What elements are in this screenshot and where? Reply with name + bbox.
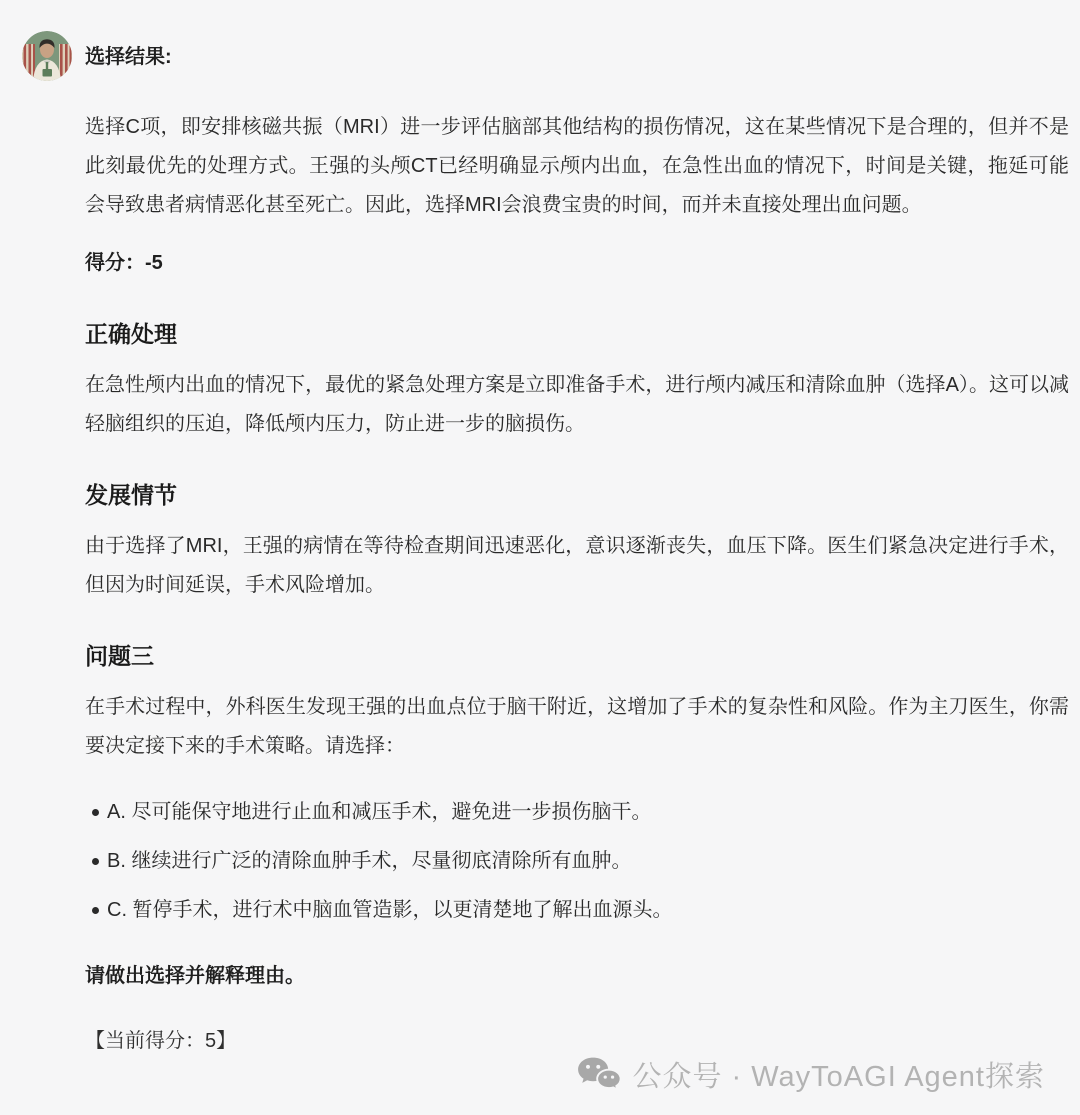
result-paragraph: 选择C项，即安排核磁共振（MRI）进一步评估脑部其他结构的损伤情况，这在某些情况…: [85, 108, 1069, 225]
score-line: 得分：-5: [85, 244, 1069, 283]
assistant-message: 选择结果: 选择C项，即安排核磁共振（MRI）进一步评估脑部其他结构的损伤情况，…: [85, 0, 1069, 1061]
section-body-question-three: 在手术过程中，外科医生发现王强的出血点位于脑干附近，这增加了手术的复杂性和风险。…: [85, 688, 1069, 766]
option-b: B. 继续进行广泛的清除血肿手术，尽量彻底清除所有血肿。: [85, 842, 1069, 881]
bullet-icon: [92, 907, 99, 914]
bullet-icon: [92, 858, 99, 865]
option-c-label: C. 暂停手术，进行术中脑血管造影，以更清楚地了解出血源头。: [107, 891, 673, 930]
section-heading-question-three: 问题三: [85, 639, 1069, 673]
chat-transcript: 选择结果: 选择C项，即安排核磁共振（MRI）进一步评估脑部其他结构的损伤情况，…: [0, 0, 1080, 1061]
assistant-avatar[interactable]: [22, 31, 72, 81]
section-heading-correct-treatment: 正确处理: [85, 317, 1069, 351]
choice-prompt: 请做出选择并解释理由。: [85, 957, 1069, 996]
section-heading-plot-development: 发展情节: [85, 478, 1069, 512]
watermark: 公众号 · WayToAGI Agent探索: [577, 1054, 1045, 1095]
option-b-label: B. 继续进行广泛的清除血肿手术，尽量彻底清除所有血肿。: [107, 842, 631, 881]
wechat-icon: [577, 1056, 621, 1093]
message-title: 选择结果:: [85, 43, 1069, 71]
option-a: A. 尽可能保守地进行止血和减压手术，避免进一步损伤脑干。: [85, 793, 1069, 832]
doctor-avatar-icon: [22, 31, 72, 81]
option-a-label: A. 尽可能保守地进行止血和减压手术，避免进一步损伤脑干。: [107, 793, 651, 832]
option-list: A. 尽可能保守地进行止血和减压手术，避免进一步损伤脑干。 B. 继续进行广泛的…: [85, 793, 1069, 930]
section-body-plot-development: 由于选择了MRI，王强的病情在等待检查期间迅速恶化，意识逐渐丧失，血压下降。医生…: [85, 527, 1069, 605]
option-c: C. 暂停手术，进行术中脑血管造影，以更清楚地了解出血源头。: [85, 891, 1069, 930]
watermark-text: 公众号 · WayToAGI Agent探索: [632, 1054, 1045, 1095]
bullet-icon: [92, 809, 99, 816]
section-body-correct-treatment: 在急性颅内出血的情况下，最优的紧急处理方案是立即准备手术，进行颅内减压和清除血肿…: [85, 366, 1069, 444]
